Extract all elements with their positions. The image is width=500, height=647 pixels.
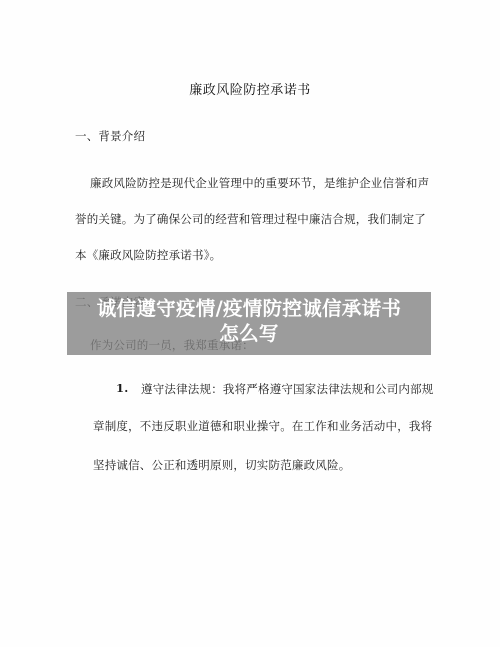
list-item-number: 1. bbox=[116, 381, 128, 395]
list-item-line: 坚持诚信、公正和透明原则，切实防范廉政风险。 bbox=[93, 457, 350, 473]
paragraph-line: 廉政风险防控是现代企业管理中的重要环节，是维护企业信誉和声 bbox=[90, 175, 429, 191]
document-title: 廉政风险防控承诺书 bbox=[0, 79, 500, 98]
list-item-line: 章制度，不违反职业道德和职业操守。在工作和业务活动中，我将 bbox=[93, 418, 432, 434]
section-heading-background: 一、背景介绍 bbox=[75, 128, 145, 144]
overlay-title: 诚信遵守疫情/疫情防控诚信承诺书 怎么写 bbox=[67, 292, 431, 355]
paragraph-line: 誉的关键。为了确保公司的经营和管理过程中廉洁合规，我们制定了 bbox=[75, 211, 426, 227]
overlay-title-line-2: 怎么写 bbox=[67, 321, 431, 346]
overlay-title-line-1: 诚信遵守疫情/疫情防控诚信承诺书 bbox=[67, 296, 431, 321]
list-item-line: 遵守法律法规：我将严格遵守国家法律法规和公司内部规 bbox=[141, 381, 434, 397]
paragraph-line: 本《廉政风险防控承诺书》。 bbox=[75, 247, 221, 263]
